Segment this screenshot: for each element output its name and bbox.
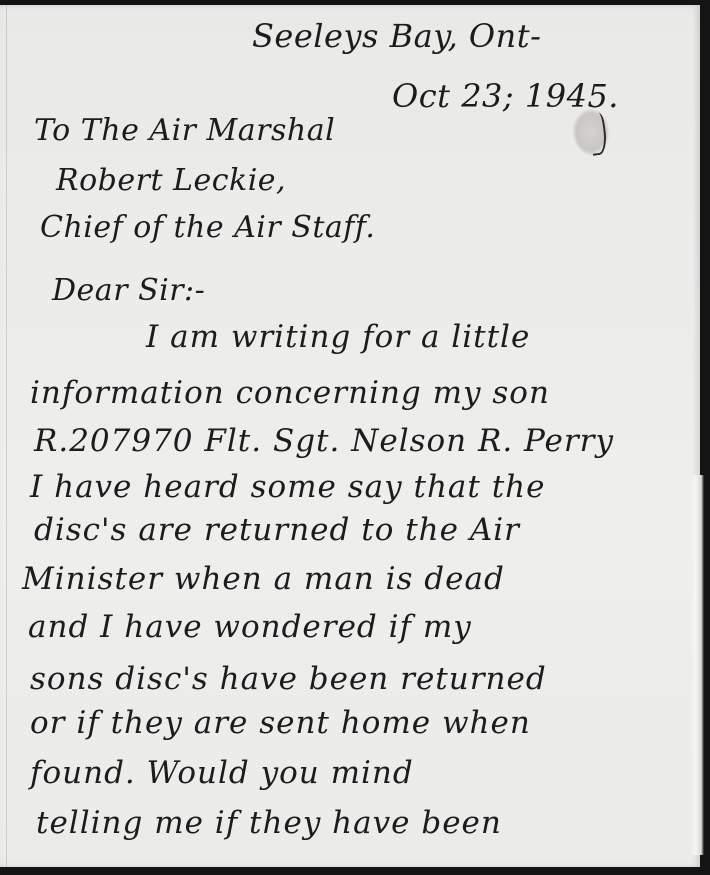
body-line: I am writing for a little [146,319,530,355]
body-line: Minister when a man is dead [22,561,505,597]
body-line: disc's are returned to the Air [34,512,520,548]
salutation: Dear Sir:- [52,273,205,308]
body-line: sons disc's have been returned [30,661,547,697]
body-line: found. Would you mind [30,755,414,791]
body-line: information concerning my son [30,375,550,411]
addressee-line-1: To The Air Marshal [34,113,335,148]
body-line: or if they are sent home when [30,705,531,741]
letter-page: Seeleys Bay, Ont- Oct 23; 1945. To The A… [0,5,700,867]
body-line: R.207970 Flt. Sgt. Nelson R. Perry [34,423,614,459]
letter-date: Oct 23; 1945. [392,77,619,115]
addressee-line-2: Robert Leckie, [56,163,286,198]
body-line: telling me if they have been [36,805,502,841]
body-line: I have heard some say that the [30,469,545,505]
page-edge-rule [6,5,7,867]
letter-place: Seeleys Bay, Ont- [252,17,541,55]
addressee-line-3: Chief of the Air Staff. [40,210,375,245]
body-line: and I have wondered if my [28,609,472,645]
